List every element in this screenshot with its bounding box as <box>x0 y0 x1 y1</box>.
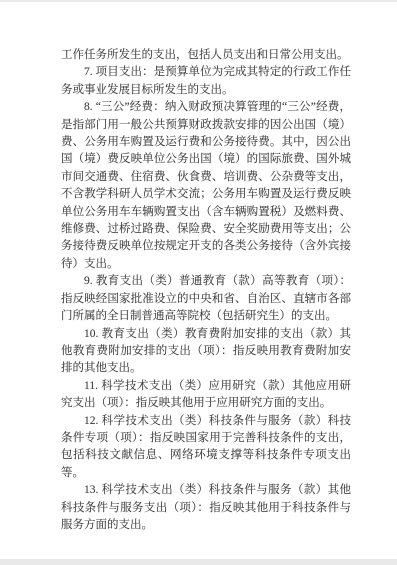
paragraph-item-10: 10. 教育支出（类）教育费附加安排的支出（款）其他教育费附加安排的支出（项）：… <box>61 326 351 378</box>
paragraph-continuation: 工作任务所发生的支出，包括人员支出和日常公用支出。 <box>61 47 351 64</box>
paragraph-item-8: 8. “三公”经费：纳入财政预决算管理的“三公”经费，是指部门用一般公共预算财政… <box>61 99 351 273</box>
paragraph-item-13: 13. 科学技术支出（类）科技条件与服务（款）其他科技条件与服务支出（项）：指反… <box>61 482 351 534</box>
paragraph-item-12: 12. 科学技术支出（类）科技条件与服务（款）科技条件专项（项）：指反映国家用于… <box>61 413 351 483</box>
document-viewer: 工作任务所发生的支出，包括人员支出和日常公用支出。 7. 项目支出：是预算单位为… <box>0 0 397 565</box>
paragraph-item-11: 11. 科学技术支出（类）应用研究（款）其他应用研究支出（项）：指反映其他用于应… <box>61 378 351 413</box>
page-gap-bottom <box>0 559 397 565</box>
paragraph-item-9: 9. 教育支出（类）普通教育（款）高等教育（项）：指反映经国家批准设立的中央和省… <box>61 273 351 325</box>
page-text-block: 工作任务所发生的支出，包括人员支出和日常公用支出。 7. 项目支出：是预算单位为… <box>61 47 351 534</box>
paragraph-item-7: 7. 项目支出：是预算单位为完成其特定的行政工作任务或事业发展目标所发生的支出。 <box>61 64 351 99</box>
document-page: 工作任务所发生的支出，包括人员支出和日常公用支出。 7. 项目支出：是预算单位为… <box>0 2 397 559</box>
